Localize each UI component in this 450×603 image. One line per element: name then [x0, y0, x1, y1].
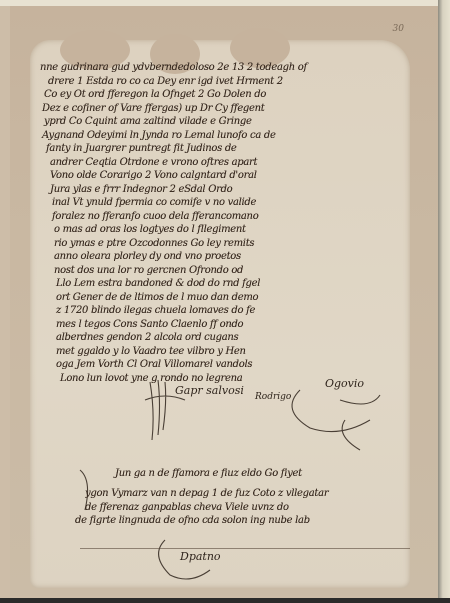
underline-rule [80, 548, 410, 549]
text-line: Jun ga n de ffamora e fiuz eldo Go fiyet [85, 468, 405, 480]
text-line: de fferenaz ganpablas cheva Viele uvnz d… [85, 502, 405, 514]
signature: Dpatno [180, 550, 221, 563]
text-line: ygon Vymarz van n depag 1 de fuz Coto z … [85, 488, 405, 500]
lower-text: Jun ga n de ffamora e fiuz eldo Go fiyet… [85, 468, 405, 529]
text-line: de figrte lingnuda de ofno cda solon ing… [75, 515, 405, 527]
